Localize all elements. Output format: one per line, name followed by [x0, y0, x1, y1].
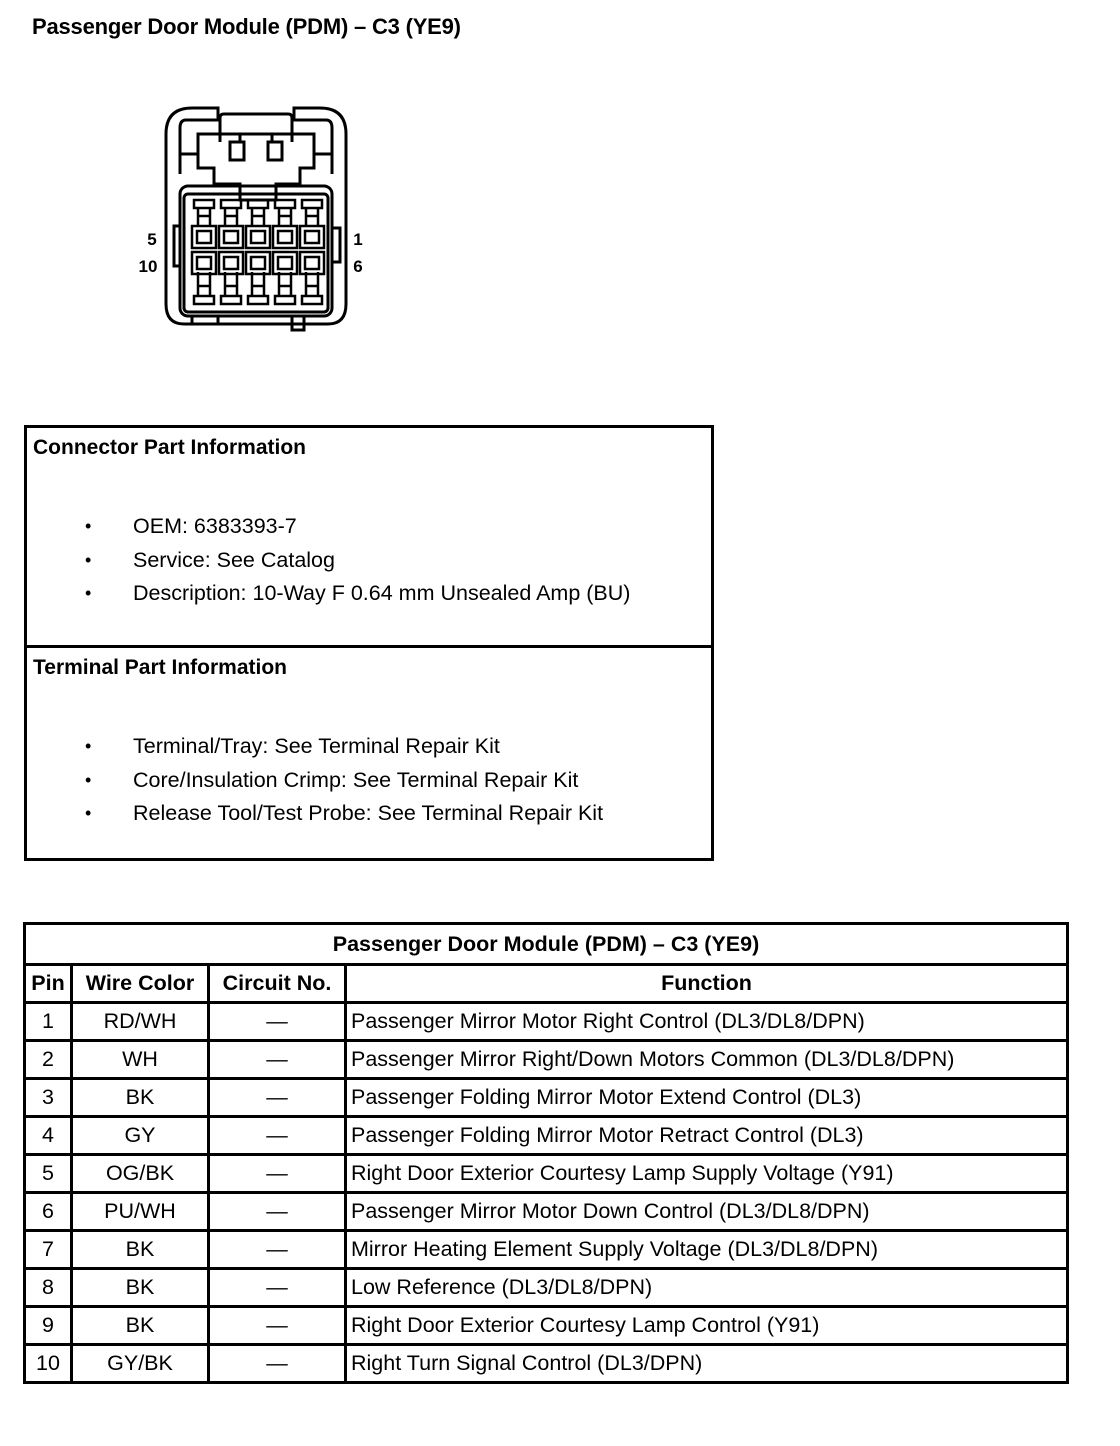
function-cell: Passenger Mirror Motor Down Control (DL3… — [346, 1193, 1068, 1231]
header-circuit-no: Circuit No. — [209, 965, 346, 1003]
terminal-part-item: •Terminal/Tray: See Terminal Repair Kit — [27, 730, 603, 764]
table-row: 2WH—Passenger Mirror Right/Down Motors C… — [25, 1041, 1068, 1079]
terminal-part-item-text: Terminal/Tray: See Terminal Repair Kit — [133, 734, 500, 758]
circuit-cell: — — [209, 1269, 346, 1307]
bullet-icon: • — [85, 544, 91, 578]
wire-color-cell: GY — [72, 1117, 209, 1155]
table-row: 8BK—Low Reference (DL3/DL8/DPN) — [25, 1269, 1068, 1307]
header-wire-color: Wire Color — [72, 965, 209, 1003]
connector-part-heading: Connector Part Information — [33, 436, 306, 460]
function-cell: Passenger Mirror Motor Right Control (DL… — [346, 1003, 1068, 1041]
connector-diagram: 5 10 1 6 — [136, 104, 376, 336]
connector-part-item: •Service: See Catalog — [27, 544, 630, 578]
connector-face-icon: 5 10 1 6 — [136, 104, 376, 336]
header-function: Function — [346, 965, 1068, 1003]
pin-cell: 9 — [25, 1307, 72, 1345]
terminal-part-heading: Terminal Part Information — [33, 656, 287, 680]
table-row: 1RD/WH—Passenger Mirror Motor Right Cont… — [25, 1003, 1068, 1041]
bullet-icon: • — [85, 577, 91, 611]
terminal-part-item: •Core/Insulation Crimp: See Terminal Rep… — [27, 764, 603, 798]
circuit-cell: — — [209, 1307, 346, 1345]
pinout-table: Passenger Door Module (PDM) – C3 (YE9) P… — [23, 922, 1069, 1384]
table-row: 9BK—Right Door Exterior Courtesy Lamp Co… — [25, 1307, 1068, 1345]
pin-cell: 8 — [25, 1269, 72, 1307]
circuit-cell: — — [209, 1003, 346, 1041]
table-row: 3BK—Passenger Folding Mirror Motor Exten… — [25, 1079, 1068, 1117]
pin-cell: 1 — [25, 1003, 72, 1041]
circuit-cell: — — [209, 1345, 346, 1383]
circuit-cell: — — [209, 1155, 346, 1193]
bullet-icon: • — [85, 730, 91, 764]
circuit-cell: — — [209, 1193, 346, 1231]
function-cell: Right Turn Signal Control (DL3/DPN) — [346, 1345, 1068, 1383]
pin-cell: 4 — [25, 1117, 72, 1155]
part-information-box: Connector Part Information •OEM: 6383393… — [24, 425, 714, 861]
terminal-part-information: Terminal Part Information •Terminal/Tray… — [27, 648, 711, 861]
table-row: 7BK—Mirror Heating Element Supply Voltag… — [25, 1231, 1068, 1269]
function-cell: Right Door Exterior Courtesy Lamp Contro… — [346, 1307, 1068, 1345]
wire-color-cell: BK — [72, 1269, 209, 1307]
circuit-cell: — — [209, 1079, 346, 1117]
wire-color-cell: OG/BK — [72, 1155, 209, 1193]
table-header-row: Pin Wire Color Circuit No. Function — [25, 965, 1068, 1003]
table-caption: Passenger Door Module (PDM) – C3 (YE9) — [25, 924, 1068, 965]
function-cell: Passenger Mirror Right/Down Motors Commo… — [346, 1041, 1068, 1079]
wire-color-cell: BK — [72, 1079, 209, 1117]
connector-part-item-text: OEM: 6383393-7 — [133, 514, 297, 538]
pin-cell: 5 — [25, 1155, 72, 1193]
terminal-part-list: •Terminal/Tray: See Terminal Repair Kit•… — [27, 730, 603, 831]
wire-color-cell: PU/WH — [72, 1193, 209, 1231]
function-cell: Low Reference (DL3/DL8/DPN) — [346, 1269, 1068, 1307]
circuit-cell: — — [209, 1231, 346, 1269]
connector-part-item-text: Description: 10-Way F 0.64 mm Unsealed A… — [133, 581, 630, 605]
wire-color-cell: BK — [72, 1307, 209, 1345]
wire-color-cell: WH — [72, 1041, 209, 1079]
table-row: 4GY—Passenger Folding Mirror Motor Retra… — [25, 1117, 1068, 1155]
wire-color-cell: RD/WH — [72, 1003, 209, 1041]
pin-label-5: 5 — [147, 230, 156, 249]
function-cell: Right Door Exterior Courtesy Lamp Supply… — [346, 1155, 1068, 1193]
function-cell: Passenger Folding Mirror Motor Extend Co… — [346, 1079, 1068, 1117]
circuit-cell: — — [209, 1041, 346, 1079]
header-pin: Pin — [25, 965, 72, 1003]
pin-cell: 10 — [25, 1345, 72, 1383]
connector-part-information: Connector Part Information •OEM: 6383393… — [27, 428, 711, 648]
connector-part-item: •Description: 10-Way F 0.64 mm Unsealed … — [27, 577, 630, 611]
terminal-part-item-text: Core/Insulation Crimp: See Terminal Repa… — [133, 768, 578, 792]
connector-part-item-text: Service: See Catalog — [133, 548, 335, 572]
connector-part-list: •OEM: 6383393-7•Service: See Catalog•Des… — [27, 510, 630, 611]
page-title: Passenger Door Module (PDM) – C3 (YE9) — [32, 14, 461, 40]
terminal-part-item-text: Release Tool/Test Probe: See Terminal Re… — [133, 801, 603, 825]
table-row: 5OG/BK—Right Door Exterior Courtesy Lamp… — [25, 1155, 1068, 1193]
table-row: 10GY/BK—Right Turn Signal Control (DL3/D… — [25, 1345, 1068, 1383]
wire-color-cell: GY/BK — [72, 1345, 209, 1383]
pin-cell: 2 — [25, 1041, 72, 1079]
pin-label-6: 6 — [353, 257, 362, 276]
pin-cell: 7 — [25, 1231, 72, 1269]
bullet-icon: • — [85, 797, 91, 831]
pin-cell: 6 — [25, 1193, 72, 1231]
pin-label-1: 1 — [353, 230, 362, 249]
wire-color-cell: BK — [72, 1231, 209, 1269]
bullet-icon: • — [85, 510, 91, 544]
table-row: 6PU/WH—Passenger Mirror Motor Down Contr… — [25, 1193, 1068, 1231]
function-cell: Passenger Folding Mirror Motor Retract C… — [346, 1117, 1068, 1155]
pin-label-10: 10 — [139, 257, 158, 276]
function-cell: Mirror Heating Element Supply Voltage (D… — [346, 1231, 1068, 1269]
connector-part-item: •OEM: 6383393-7 — [27, 510, 630, 544]
bullet-icon: • — [85, 764, 91, 798]
pin-cell: 3 — [25, 1079, 72, 1117]
circuit-cell: — — [209, 1117, 346, 1155]
terminal-part-item: •Release Tool/Test Probe: See Terminal R… — [27, 797, 603, 831]
